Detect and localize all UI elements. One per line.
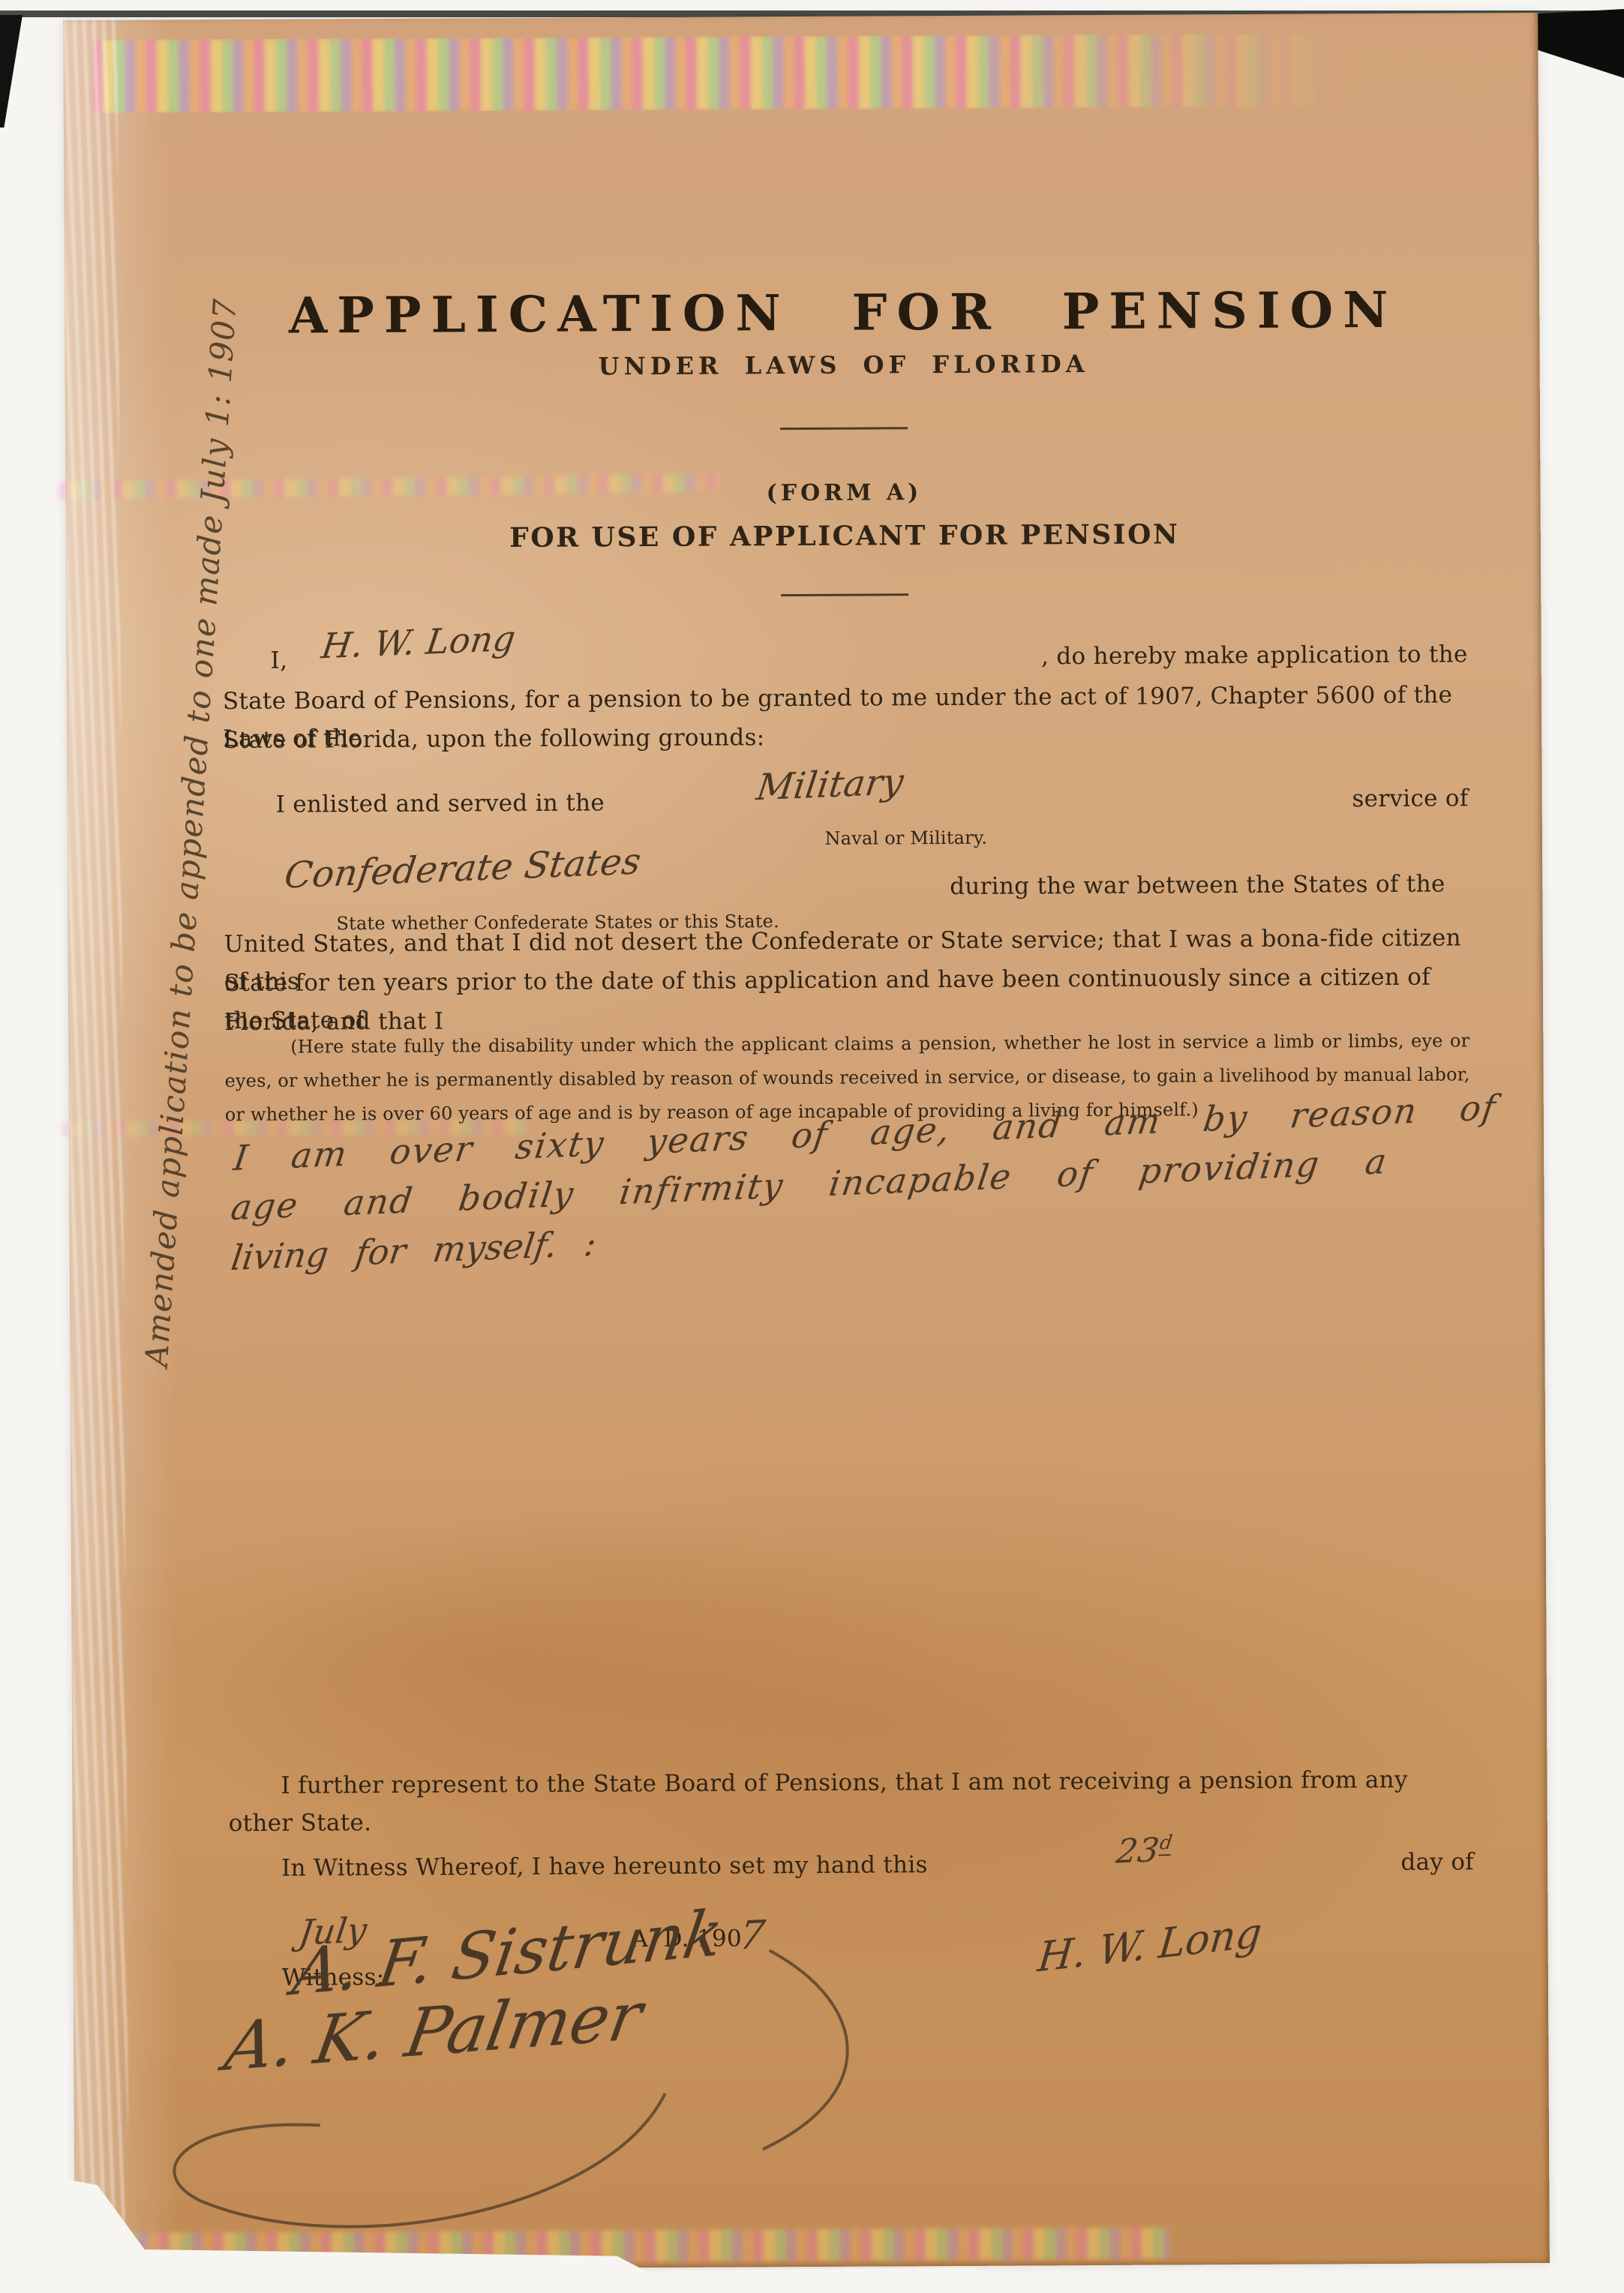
blank-line <box>227 1560 1472 1576</box>
statement-line-3: living for myself. : <box>226 1261 1471 1277</box>
blank-line <box>226 1310 1471 1326</box>
day-of-label: day of <box>1400 1843 1474 1881</box>
applicant-signature-line: H. W. Long <box>901 1964 1441 1976</box>
day-blank: 23d <box>934 1870 1391 1872</box>
opening-line-3: State of Florida, upon the following gro… <box>223 715 1468 759</box>
enlisted-prefix: I enlisted and served in the <box>276 784 605 823</box>
form-subtitle: UNDER LAWS OF FLORIDA <box>221 347 1466 383</box>
divider-rule-top <box>780 427 908 430</box>
branch-blank: Military <box>612 806 1341 810</box>
further-statement: I further represent to the State Board o… <box>228 1760 1474 1842</box>
state-blank: Confederate States <box>224 894 935 898</box>
opening-line-1: I, H. W. Long , do hereby make applicati… <box>223 635 1468 680</box>
blank-line <box>228 1660 1473 1676</box>
day-handwritten: 23d <box>1114 1824 1175 1871</box>
scanned-document-page: Amended application to be appended to on… <box>0 0 1624 2293</box>
branch-caption: Naval or Military. <box>749 827 1064 849</box>
blank-line <box>227 1610 1472 1625</box>
enlisted-line: I enlisted and served in the Military se… <box>224 779 1469 824</box>
form-title: APPLICATION FOR PENSION <box>221 280 1466 345</box>
form-a-label: (FORM A) <box>221 476 1466 509</box>
opening-prefix: I, <box>271 642 288 680</box>
branch-handwritten: Military <box>755 763 906 806</box>
statement-line-2: age and bodily infirmity incapable of pr… <box>226 1211 1471 1226</box>
form-use-label: FOR USE OF APPLICANT FOR PENSION <box>222 517 1467 555</box>
pension-form-sheet: Amended application to be appended to on… <box>63 13 1550 2270</box>
blank-line <box>228 1709 1473 1725</box>
opening-suffix: , do hereby make application to the <box>1041 635 1468 675</box>
statement-handwriting-3: living for myself. : <box>229 1223 599 1278</box>
applicant-name-handwritten: H. W. Long <box>319 620 518 665</box>
divider-rule-bottom <box>781 593 908 596</box>
blank-line <box>227 1510 1472 1526</box>
applicant-name-blank: H. W. Long <box>293 664 1040 668</box>
blank-line <box>227 1361 1472 1376</box>
left-edge-crinkle <box>63 20 129 2270</box>
state-handwritten: Confederate States <box>282 842 643 894</box>
scan-corner-shadow-left <box>0 15 23 128</box>
whereof-prefix: In Witness Whereof, I have hereunto set … <box>281 1846 928 1887</box>
blank-line <box>227 1410 1472 1426</box>
form-content: APPLICATION FOR PENSION UNDER LAWS OF FL… <box>219 13 1476 2270</box>
year-handwritten: 7 <box>737 1916 767 1955</box>
witness-whereof-line: In Witness Whereof, I have hereunto set … <box>229 1843 1474 1887</box>
war-suffix: during the war between the States of the <box>950 866 1445 905</box>
blank-line <box>227 1460 1472 1476</box>
enlisted-suffix: service of <box>1352 779 1468 818</box>
confederate-line: Confederate States during the war betwee… <box>224 865 1469 909</box>
